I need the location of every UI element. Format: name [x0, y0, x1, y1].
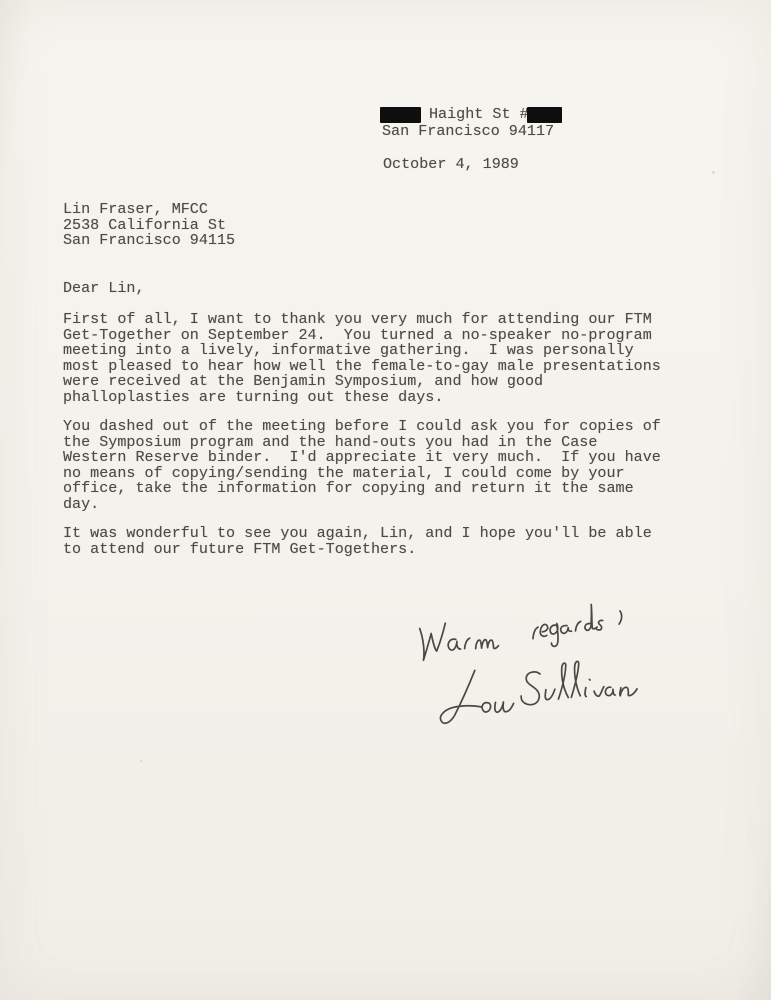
sender-city-line: San Francisco 94117 [380, 124, 562, 140]
letter-scan-page: Haight St # San Francisco 94117 October … [0, 0, 771, 1000]
sender-street-line: Haight St # [380, 106, 562, 123]
handwriting-svg [400, 582, 670, 742]
recipient-address-block: Lin Fraser, MFCC 2538 California St San … [63, 202, 235, 249]
valediction-handwriting [419, 602, 624, 660]
salutation: Dear Lin, [63, 281, 145, 297]
paragraph-2: You dashed out of the meeting before I c… [63, 419, 683, 512]
signature-handwriting [438, 658, 638, 723]
paper-speck [140, 760, 142, 762]
sender-address-block: Haight St # San Francisco 94117 [380, 106, 562, 140]
letter-body: First of all, I want to thank you very m… [63, 312, 683, 571]
paragraph-3: It was wonderful to see you again, Lin, … [63, 526, 683, 557]
paragraph-1: First of all, I want to thank you very m… [63, 312, 683, 405]
redaction-bar-house-number [380, 107, 421, 123]
redaction-bar-apartment-number [527, 107, 562, 123]
sender-street-text: Haight St # [429, 107, 529, 123]
paper-speck [712, 171, 715, 174]
letter-date: October 4, 1989 [383, 157, 519, 173]
handwritten-closing [400, 582, 670, 742]
